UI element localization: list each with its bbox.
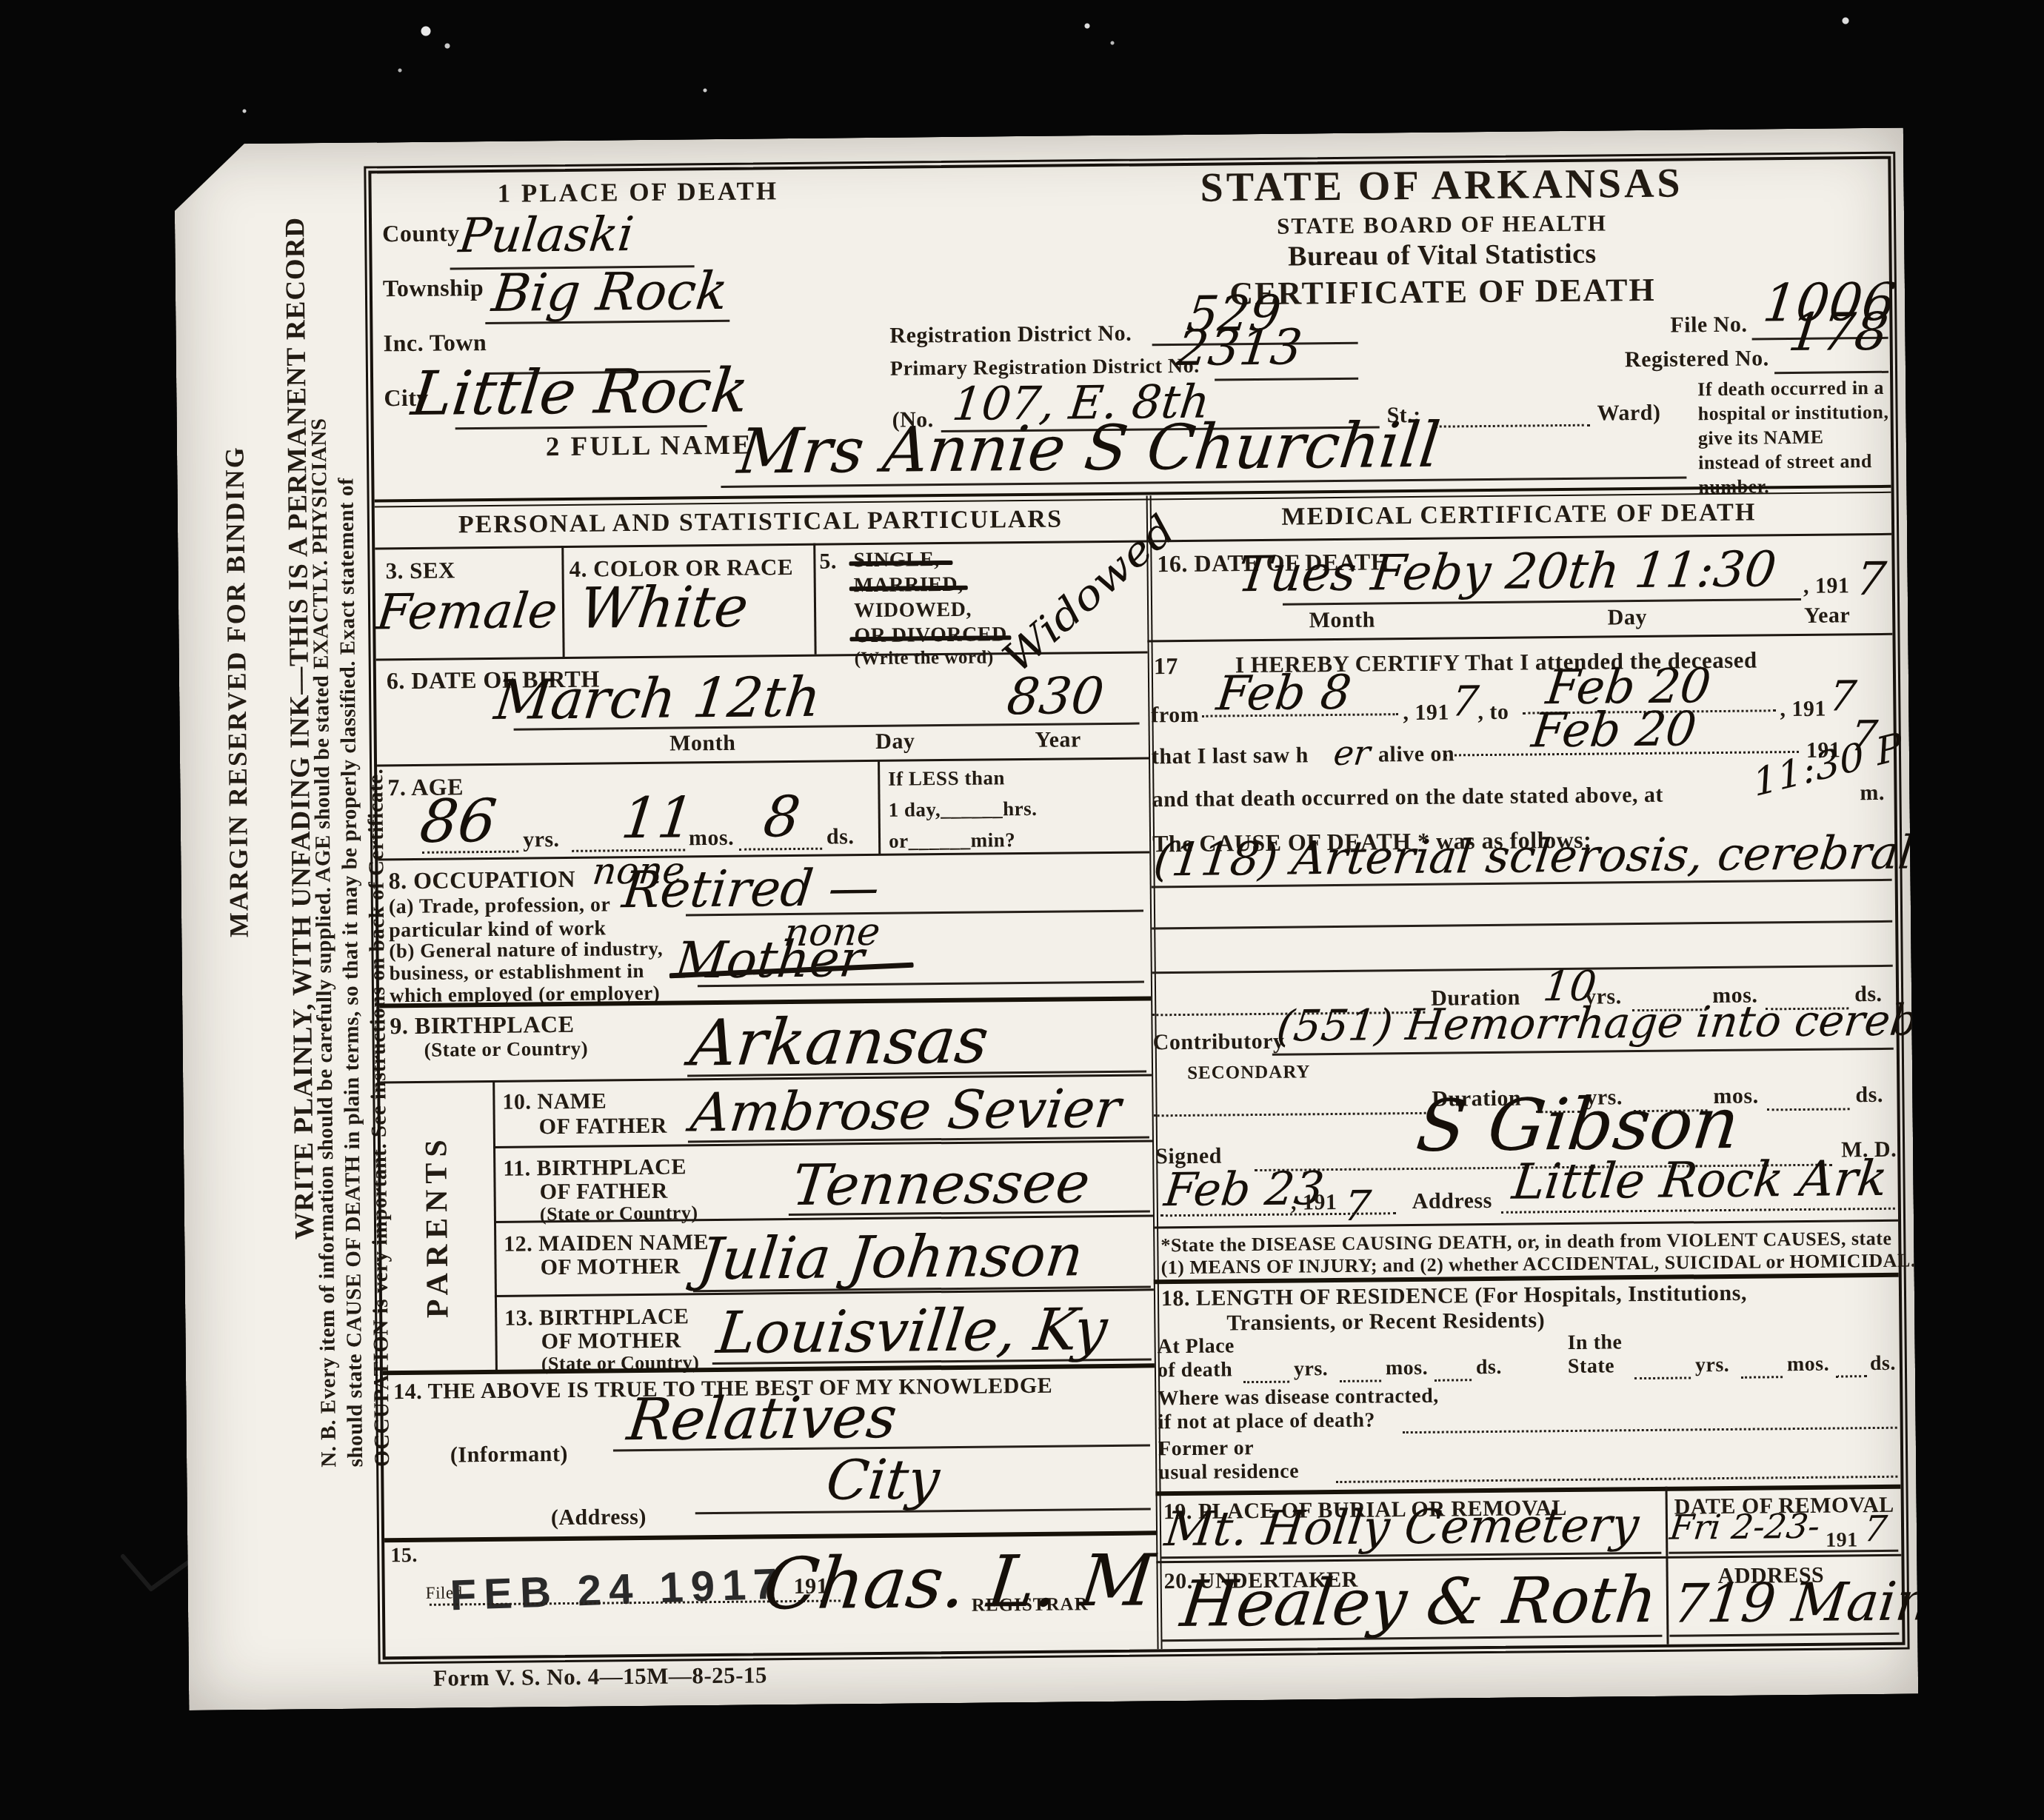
state-ds-label: ds. <box>1870 1353 1896 1376</box>
cell-divider <box>813 543 816 655</box>
age-years-value: 86 <box>417 792 499 852</box>
to-label: , to <box>1477 700 1509 725</box>
place-of-death-heading: 1 PLACE OF DEATH <box>497 177 778 207</box>
in-the-label-1: In the <box>1567 1331 1622 1354</box>
dob-year-label: Year <box>1014 728 1103 753</box>
ward-fill-line <box>1435 424 1590 428</box>
at-place-label-1: At Place <box>1158 1335 1235 1358</box>
certify-item-number: 17 <box>1154 653 1178 679</box>
undertaker-address-value: 719 Main <box>1671 1574 1933 1630</box>
undertaker-divider <box>1666 1556 1669 1645</box>
where-contracted-label-1: Where was disease contracted, <box>1158 1385 1439 1411</box>
parents-group-label: PARENTS <box>420 1134 455 1318</box>
residence-label-1: 18. LENGTH OF RESIDENCE (For Hospitals, … <box>1161 1282 1747 1311</box>
residence-dotted-line <box>1243 1381 1289 1384</box>
board-title: STATE BOARD OF HEALTH <box>1042 208 1842 241</box>
mother-maiden-label-1: 12. MAIDEN NAME <box>504 1231 709 1257</box>
city-value: Little Rock <box>409 361 752 425</box>
occupation-b-value: Mother <box>672 934 866 987</box>
from-value: Feb 8 <box>1215 669 1354 718</box>
mother-maiden-label-2: OF MOTHER <box>540 1255 681 1280</box>
blank-line <box>1152 965 1893 974</box>
mother-birthplace-label-2: OF MOTHER <box>541 1329 681 1354</box>
informant-address-label: (Address) <box>551 1505 647 1530</box>
file-no-label: File No. <box>1670 313 1747 338</box>
at-place-ds-label: ds. <box>1476 1356 1502 1379</box>
cell-divider <box>561 546 564 657</box>
occupation-b-label-1: (b) General nature of industry, <box>389 938 663 963</box>
sex-value: Female <box>374 586 560 637</box>
if-less-note-3: or______min? <box>889 829 1015 852</box>
death-time-m-label: m. <box>1860 781 1885 806</box>
marital-hint: (Write the word) <box>855 647 994 669</box>
bureau-title: Bureau of Vital Statistics <box>1042 236 1842 274</box>
county-label: County <box>382 220 460 247</box>
duration2-dotted-line <box>1154 1112 1426 1117</box>
former-residence-label-1: Former or <box>1158 1437 1254 1460</box>
ward-label: Ward) <box>1597 401 1660 426</box>
former-residence-label-2: usual residence <box>1158 1461 1299 1485</box>
county-value: Pulaski <box>457 211 636 260</box>
alive-on-label: alive on <box>1378 742 1454 766</box>
hospital-note: If death occurred in a hospital or insti… <box>1697 375 1890 499</box>
cell-divider <box>878 760 881 854</box>
death-occurred-label: and that death occurred on the date stat… <box>1152 783 1663 812</box>
date-of-death-value: Tues Feby 20th 11:30 <box>1235 545 1779 599</box>
township-value: Big Rock <box>490 265 730 319</box>
physician-address-value: Little Rock Ark <box>1510 1154 1890 1207</box>
father-birthplace-label-1: 11. BIRTHPLACE <box>503 1155 687 1181</box>
age-days-value: 8 <box>761 789 803 846</box>
former-residence-line <box>1336 1476 1897 1483</box>
where-contracted-label-2: if not at place of death? <box>1158 1410 1375 1434</box>
physician-signature: S Gibson <box>1413 1088 1743 1162</box>
father-name-label-1: 10. NAME <box>502 1089 607 1114</box>
dod-day-label: Day <box>1583 606 1671 631</box>
father-name-label-2: OF FATHER <box>539 1114 667 1140</box>
last-seen-value: Feb 20 <box>1529 706 1699 755</box>
father-birthplace-label-2: OF FATHER <box>539 1180 667 1205</box>
rule <box>1147 633 1892 643</box>
state-title: STATE OF ARKANSAS <box>1041 159 1842 212</box>
certificate-title: CERTIFICATE OF DEATH <box>1043 270 1843 313</box>
occupation-b-label-2: business, or establishment in <box>390 960 644 984</box>
certificate-paper: MARGIN RESERVED FOR BINDING WRITE PLAINL… <box>174 128 1918 1710</box>
age-ds-label: ds. <box>826 825 855 849</box>
dob-day-label: Day <box>851 729 940 755</box>
mother-maiden-value: Julia Johnson <box>695 1227 1086 1288</box>
father-name-value: Ambrose Sevier <box>689 1082 1123 1140</box>
birthplace-sub-label: (State or Country) <box>424 1038 589 1061</box>
primary-district-line <box>1215 378 1358 381</box>
registered-no-value: 178 <box>1786 306 1891 358</box>
township-label: Township <box>383 275 484 301</box>
from-year-prefix: , 191 <box>1403 701 1449 726</box>
registered-no-label: Registered No. <box>1625 347 1769 372</box>
birthplace-value: Arkansas <box>687 1008 992 1075</box>
mother-birthplace-value: Louisville, Ky <box>714 1301 1110 1362</box>
burial-value: Mt. Holly Cemetery <box>1162 1502 1641 1553</box>
date-of-death-year-value: 7 <box>1854 556 1888 602</box>
personal-section-title: PERSONAL AND STATISTICAL PARTICULARS <box>375 505 1146 540</box>
at-place-mos-label: mos. <box>1386 1357 1429 1380</box>
age-dotted-line <box>422 851 518 854</box>
rule <box>1153 1220 1898 1229</box>
duration2-ds-label: ds. <box>1855 1083 1883 1108</box>
removal-year-prefix: 191 <box>1826 1529 1858 1552</box>
physician-address-label: Address <box>1412 1189 1492 1214</box>
full-name-label: 2 FULL NAME <box>546 431 753 463</box>
undertaker-value: Healey & Roth <box>1178 1568 1660 1636</box>
registered-no-line <box>1774 371 1888 374</box>
filed-date-stamp: FEB 24 1917 <box>450 1559 786 1620</box>
where-contracted-line <box>1403 1427 1897 1433</box>
occupation-a-label-1: (a) Trade, profession, or <box>389 894 611 918</box>
race-value: White <box>577 579 751 637</box>
occupation-label: 8. OCCUPATION <box>388 866 575 894</box>
state-mos-label: mos. <box>1787 1354 1830 1376</box>
birthplace-label: 9. BIRTHPLACE <box>390 1011 574 1039</box>
to-year-value: 7 <box>1827 676 1858 717</box>
age-months-value: 11 <box>618 789 696 846</box>
form-number: Form V. S. No. 4—15M—8-25-15 <box>433 1662 767 1690</box>
mother-birthplace-label-1: 13. BIRTHPLACE <box>504 1305 689 1331</box>
contributory-label: Contributory <box>1153 1030 1285 1055</box>
in-the-label-2: State <box>1568 1355 1614 1378</box>
age-mos-label: mos. <box>689 826 734 851</box>
dob-month-label: Month <box>651 732 755 757</box>
her-value: er <box>1332 736 1372 771</box>
at-place-label-2: of death <box>1158 1359 1233 1382</box>
signed-year-prefix: , 191 <box>1291 1191 1337 1215</box>
duration2-dotted-line <box>1767 1108 1850 1111</box>
at-place-yrs-label: yrs. <box>1294 1358 1329 1381</box>
occupation-a-value: Retired — <box>620 863 882 916</box>
dod-month-label: Month <box>1286 608 1397 633</box>
scanned-death-certificate: { "margin": { "binding": "MARGIN RESERVE… <box>0 0 2044 1820</box>
marital-item-number: 5. <box>819 549 837 574</box>
sex-label: 3. SEX <box>385 558 455 583</box>
age-dotted-line <box>739 848 822 851</box>
rule <box>375 540 1146 549</box>
certificate-box: 1 PLACE OF DEATH County Pulaski Township… <box>368 156 1905 1660</box>
marital-option-widowed: WIDOWED, <box>854 599 972 623</box>
residence-dotted-line <box>1634 1376 1691 1379</box>
from-label: from <box>1151 703 1199 728</box>
removal-date-value: Fri 2-23- <box>1668 1509 1821 1545</box>
residence-dotted-line <box>1741 1376 1783 1379</box>
full-name-value: Mrs Annie S Churchill <box>735 414 1443 483</box>
primary-district-value: 2313 <box>1175 323 1304 373</box>
secondary-label: SECONDARY <box>1187 1062 1311 1083</box>
signed-year-value: 7 <box>1342 1186 1373 1228</box>
filed-item-number: 15. <box>390 1545 418 1568</box>
residence-label-2: Transients, or Recent Residents) <box>1226 1308 1545 1336</box>
dob-value: March 12th <box>492 670 824 728</box>
if-less-note-2: 1 day,______hrs. <box>889 798 1038 821</box>
removal-date-line <box>1669 1550 1898 1554</box>
cause-value: (118) Arterial sclerosis, cerebral <box>1152 829 1916 883</box>
to-year-prefix: , 191 <box>1780 697 1826 722</box>
rule <box>1146 533 1891 543</box>
parents-inner-divider <box>492 1080 498 1370</box>
blank-line <box>1152 920 1892 930</box>
margin-binding-note: MARGIN RESERVED FOR BINDING <box>220 446 253 937</box>
inc-town-label: Inc. Town <box>383 329 487 356</box>
registration-district-label: Registration District No. <box>889 322 1132 349</box>
last-saw-label: that I last saw h <box>1152 743 1309 769</box>
residence-dotted-line <box>1836 1375 1867 1377</box>
informant-label: (Informant) <box>450 1442 568 1468</box>
contributory-value: (551) Hemorrhage into cerebrum <box>1275 997 2009 1048</box>
rule <box>377 757 1149 766</box>
informant-value: Relatives <box>624 1389 900 1450</box>
registrar-signature: Chas. L. M <box>760 1545 1158 1619</box>
medical-section-title: MEDICAL CERTIFICATE OF DEATH <box>1146 498 1891 532</box>
date-of-death-year-prefix: , 191 <box>1803 574 1850 598</box>
residence-dotted-line <box>1435 1379 1472 1381</box>
from-year-value: 7 <box>1449 681 1480 723</box>
state-yrs-label: yrs. <box>1695 1354 1730 1377</box>
removal-year-value: 7 <box>1862 1511 1888 1547</box>
if-less-note-1: If LESS than <box>888 767 1005 790</box>
residence-dotted-line <box>1340 1379 1381 1382</box>
informant-address-value: City <box>824 1452 942 1508</box>
dod-year-label: Year <box>1783 603 1871 629</box>
age-yrs-label: yrs. <box>523 828 560 852</box>
dob-year-value: 830 <box>1004 672 1106 723</box>
father-birthplace-value: Tennessee <box>789 1154 1092 1214</box>
